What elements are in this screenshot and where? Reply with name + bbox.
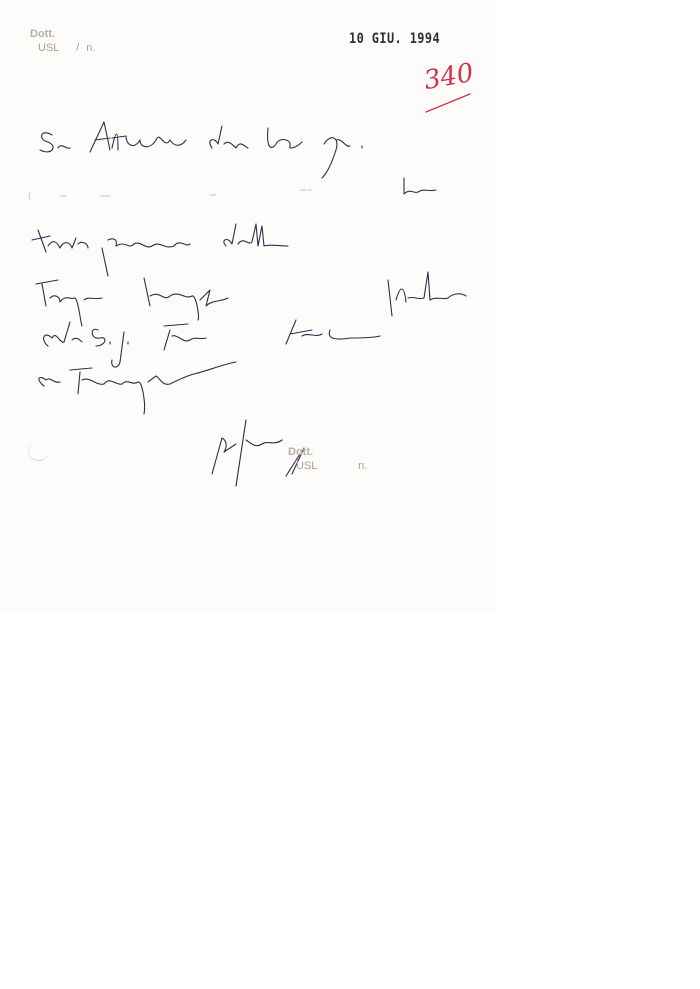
punch-hole-mark	[28, 440, 49, 461]
footer-stamp-n: n.	[358, 460, 367, 472]
letter-paper: Dott. USL / n. 10 GIU. 1994 340	[0, 0, 497, 610]
footer-stamp-usl: USL	[296, 460, 317, 472]
footer-stamp-title: Dott.	[288, 446, 313, 458]
handwriting-body	[0, 0, 497, 610]
footer-doctor-stamp: Dott. USL n.	[288, 445, 426, 473]
